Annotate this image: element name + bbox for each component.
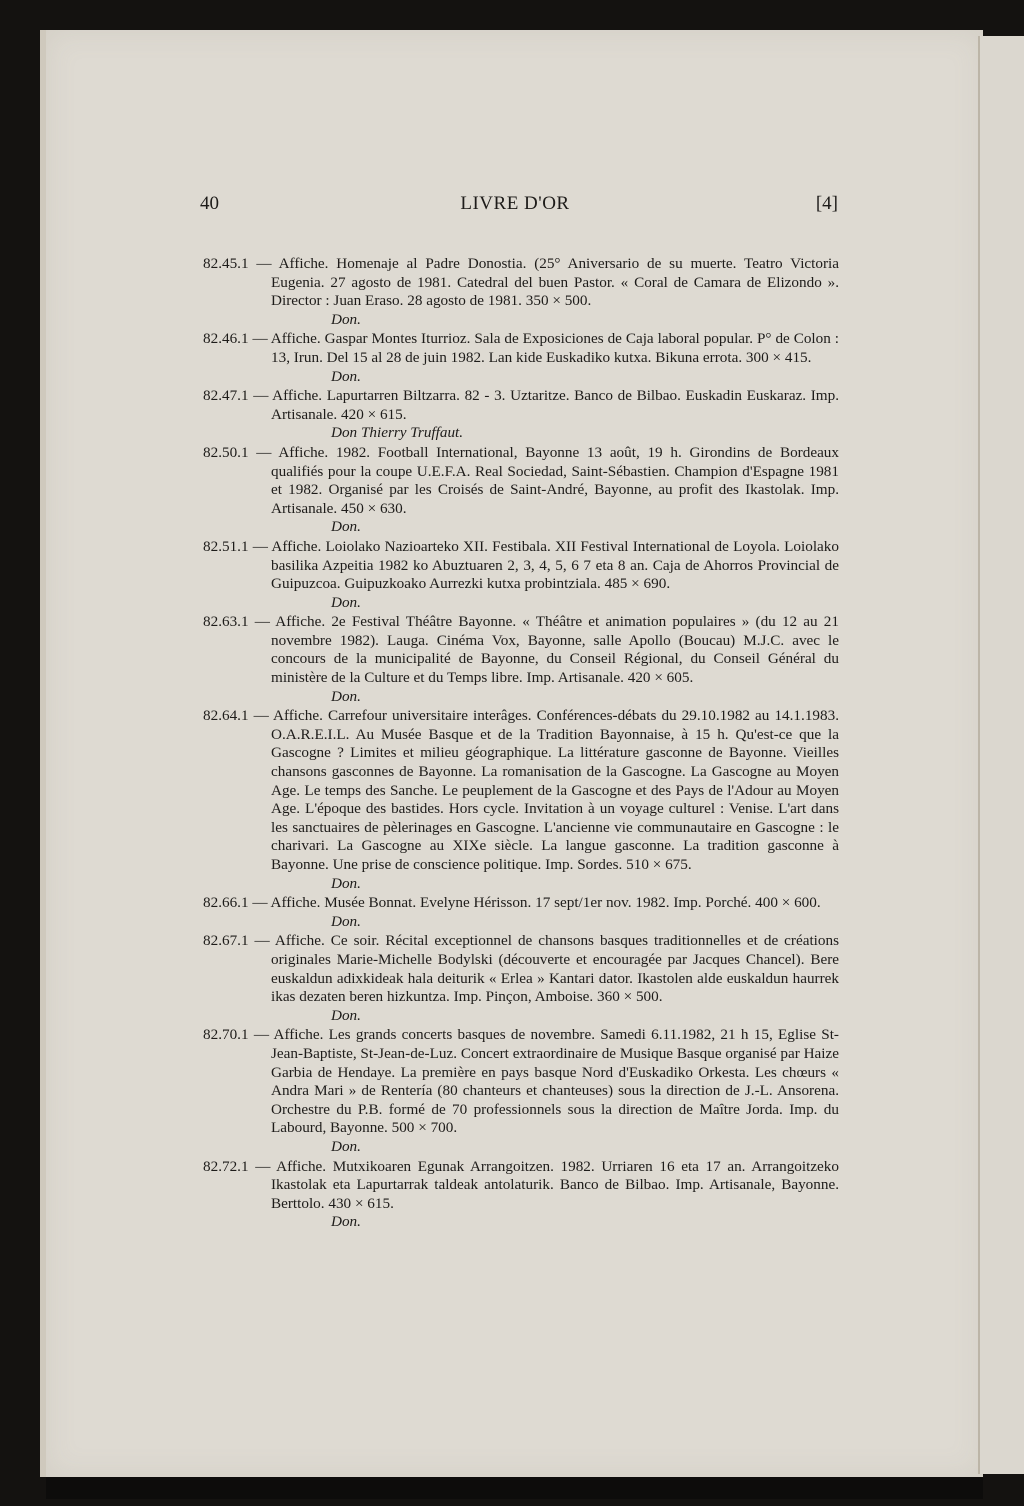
entry-donor: Don. [203, 518, 839, 537]
entry-donor: Don. [203, 368, 839, 387]
catalog-entry: 82.50.1 — Affiche. 1982. Football Intern… [203, 444, 839, 537]
catalog-entry: 82.66.1 — Affiche. Musée Bonnat. Evelyne… [203, 894, 839, 931]
catalog-entry: 82.67.1 — Affiche. Ce soir. Récital exce… [203, 932, 839, 1025]
entry-text: 82.50.1 — Affiche. 1982. Football Intern… [203, 444, 839, 518]
catalog-entry: 82.46.1 — Affiche. Gaspar Montes Iturrio… [203, 330, 839, 386]
catalog-entry: 82.70.1 — Affiche. Les grands concerts b… [203, 1026, 839, 1156]
entry-donor: Don Thierry Truffaut. [203, 424, 839, 443]
catalog-entry: 82.47.1 — Affiche. Lapurtarren Biltzarra… [203, 387, 839, 443]
catalog-entries: 82.45.1 — Affiche. Homenaje al Padre Don… [203, 255, 839, 1233]
running-title: LIVRE D'OR [200, 193, 830, 215]
running-header: 40 LIVRE D'OR [4] [200, 193, 830, 219]
catalog-entry: 82.72.1 — Affiche. Mutxikoaren Egunak Ar… [203, 1158, 839, 1232]
entry-text: 82.67.1 — Affiche. Ce soir. Récital exce… [203, 932, 839, 1006]
entry-donor: Don. [203, 1138, 839, 1157]
entry-donor: Don. [203, 1213, 839, 1232]
entry-donor: Don. [203, 311, 839, 330]
entry-donor: Don. [203, 913, 839, 932]
adjacent-page-edge [978, 36, 1024, 1474]
entry-donor: Don. [203, 688, 839, 707]
entry-text: 82.64.1 — Affiche. Carrefour universitai… [203, 707, 839, 874]
catalog-entry: 82.63.1 — Affiche. 2e Festival Théâtre B… [203, 613, 839, 706]
entry-donor: Don. [203, 1007, 839, 1026]
catalog-entry: 82.45.1 — Affiche. Homenaje al Padre Don… [203, 255, 839, 329]
catalog-entry: 82.51.1 — Affiche. Loiolako Nazioarteko … [203, 538, 839, 612]
catalog-entry: 82.64.1 — Affiche. Carrefour universitai… [203, 707, 839, 893]
entry-text: 82.66.1 — Affiche. Musée Bonnat. Evelyne… [203, 894, 839, 913]
entry-donor: Don. [203, 594, 839, 613]
entry-text: 82.63.1 — Affiche. 2e Festival Théâtre B… [203, 613, 839, 687]
entry-text: 82.45.1 — Affiche. Homenaje al Padre Don… [203, 255, 839, 311]
entry-text: 82.70.1 — Affiche. Les grands concerts b… [203, 1026, 839, 1138]
section-marker: [4] [816, 193, 838, 215]
entry-text: 82.46.1 — Affiche. Gaspar Montes Iturrio… [203, 330, 839, 367]
entry-donor: Don. [203, 875, 839, 894]
entry-text: 82.72.1 — Affiche. Mutxikoaren Egunak Ar… [203, 1158, 839, 1214]
entry-text: 82.51.1 — Affiche. Loiolako Nazioarteko … [203, 538, 839, 594]
entry-text: 82.47.1 — Affiche. Lapurtarren Biltzarra… [203, 387, 839, 424]
